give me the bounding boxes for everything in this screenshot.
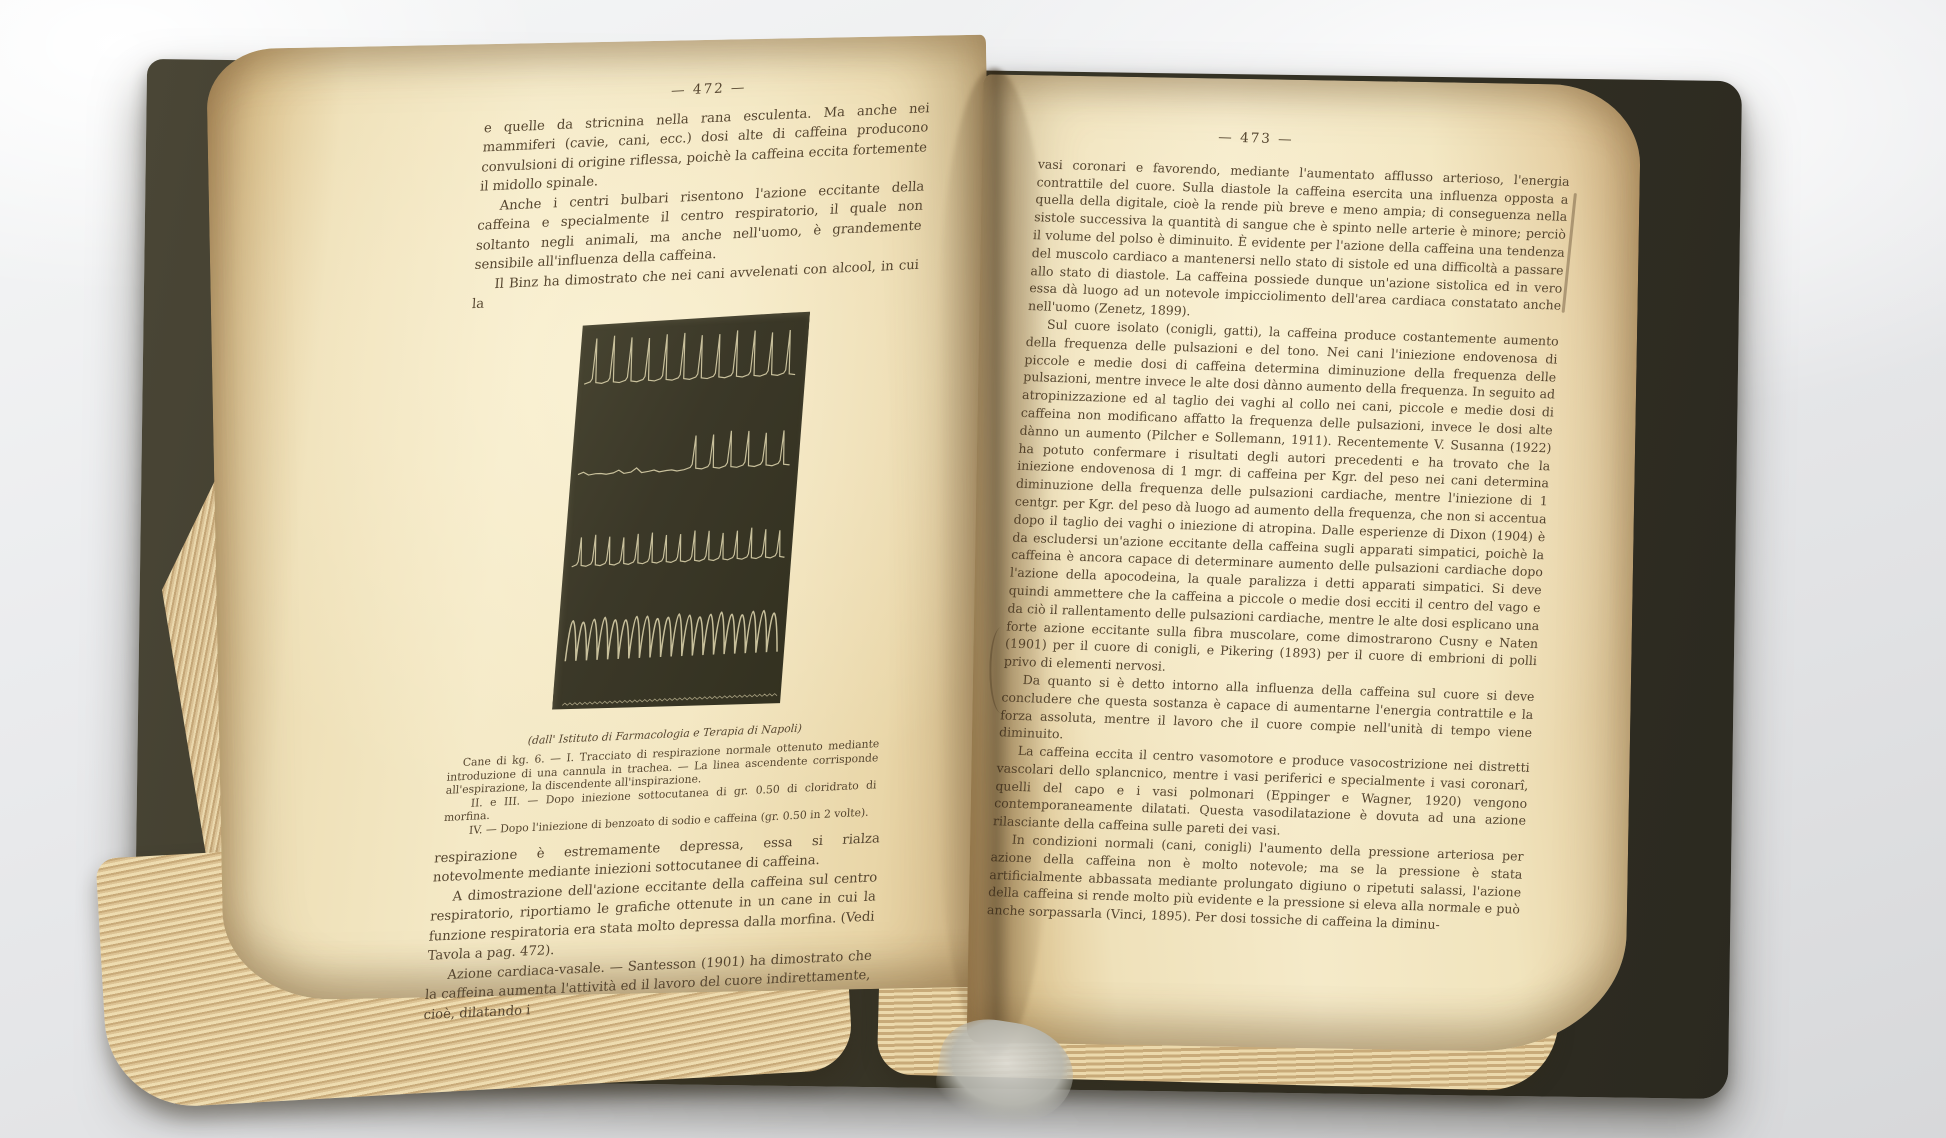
right-page: — 473 — vasi coronari e favorendo, media… <box>967 74 1642 1053</box>
open-book: — 472 — e quelle da stricnina nella rana… <box>110 10 1790 1135</box>
right-page-content: — 473 — vasi coronari e favorendo, media… <box>986 123 1572 936</box>
right-page-number: — 473 — <box>1039 123 1472 155</box>
pencil-margin-mark <box>989 627 1009 714</box>
paragraph: In condizioni normali (cani, conigli) l'… <box>986 830 1524 936</box>
photo-background: — 472 — e quelle da stricnina nella rana… <box>0 0 1946 1138</box>
figure-caption: Cane di kg. 6. — I. Tracciato di respira… <box>443 737 880 838</box>
paragraph: Sul cuore isolato (conigli, gatti), la c… <box>1003 315 1559 688</box>
kymograph-plate <box>551 311 810 717</box>
paragraph: vasi coronari e favorendo, mediante l'au… <box>1028 155 1571 333</box>
left-page-content: — 472 — e quelle da stricnina nella rana… <box>423 46 934 1025</box>
respiration-tracings-image <box>551 311 810 717</box>
kymograph-figure <box>443 304 916 728</box>
paragraph: La caffeina eccita il centro vasomotore … <box>992 741 1530 847</box>
left-page: — 472 — e quelle da stricnina nella rana… <box>206 35 1004 1002</box>
